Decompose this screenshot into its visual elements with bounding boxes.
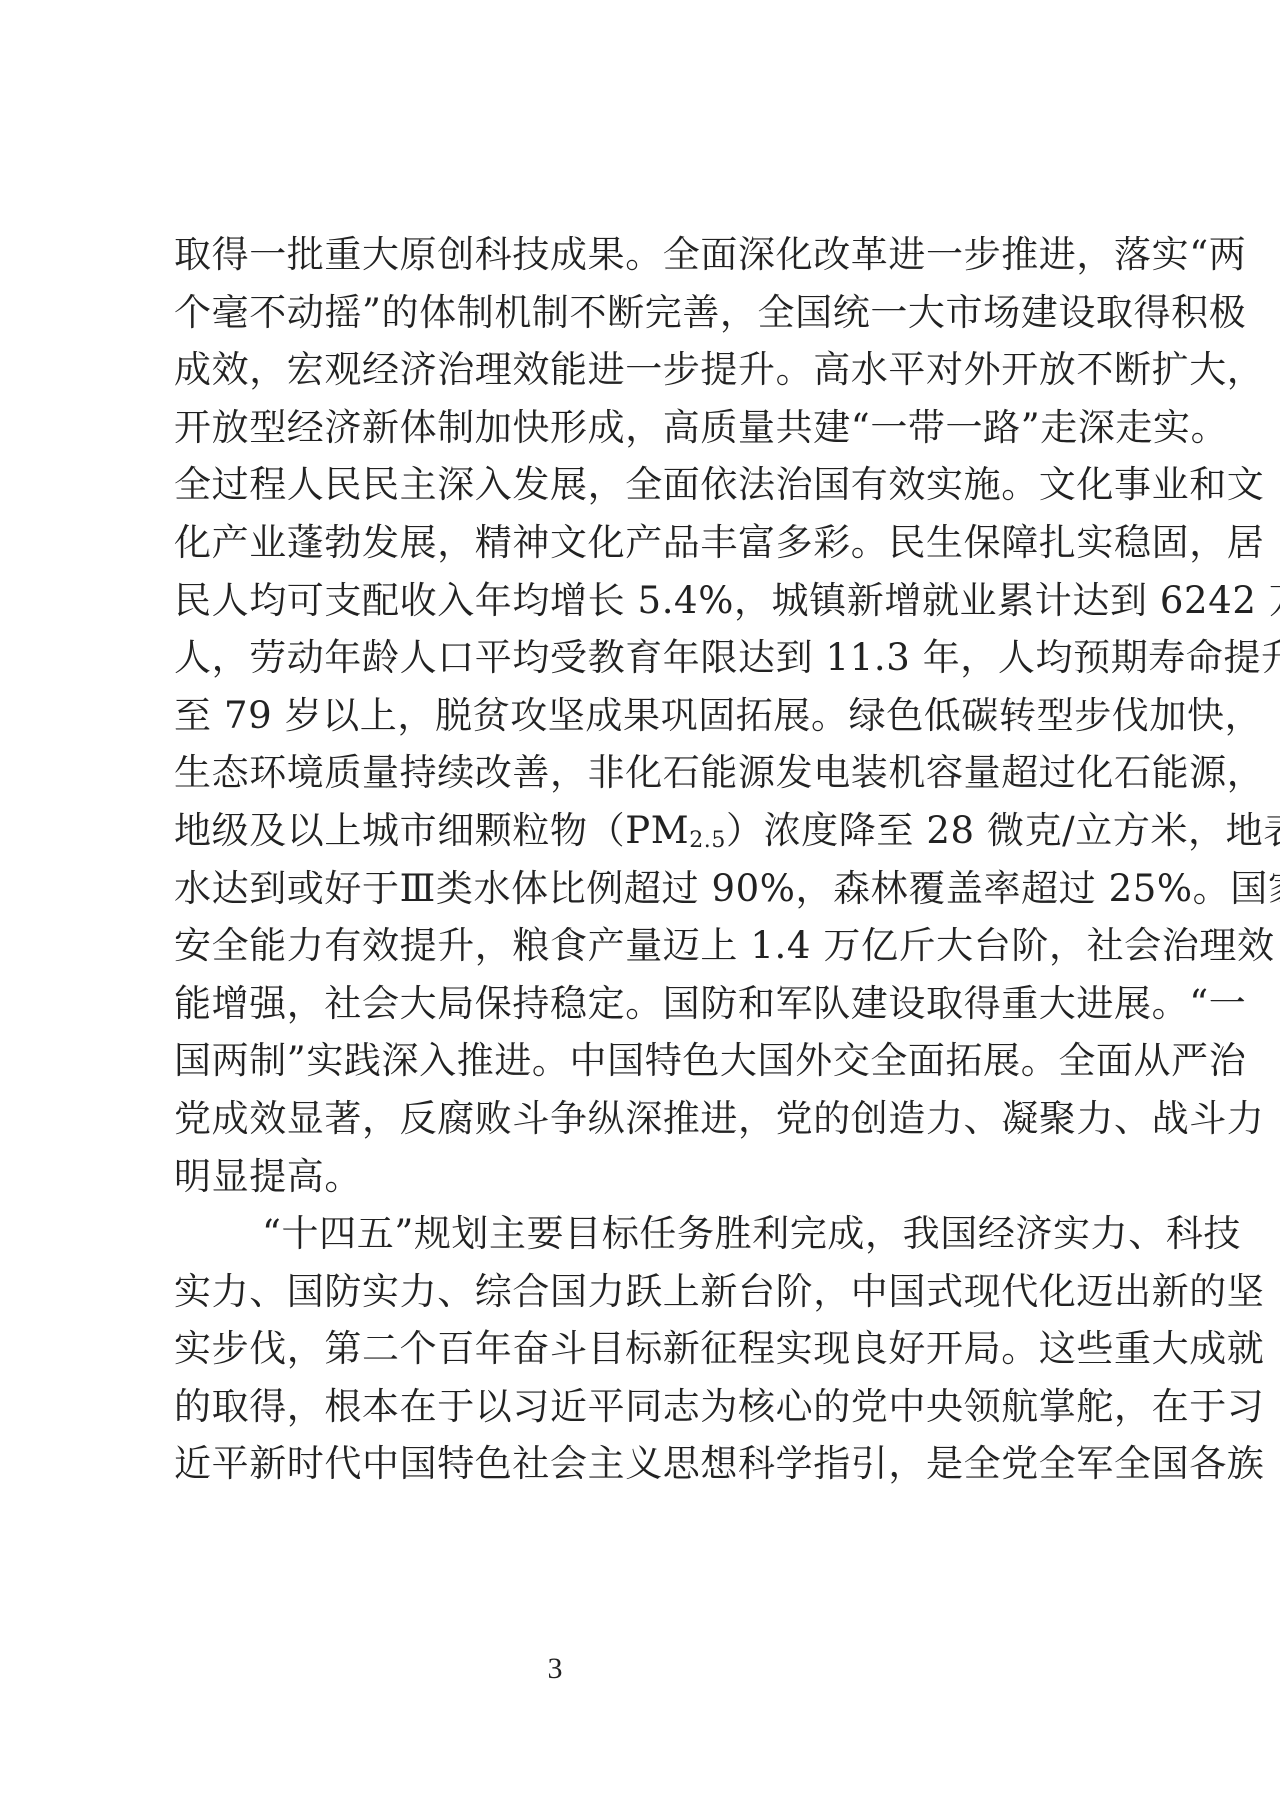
- text-line: 生态环境质量持续改善，非化石能源发电装机容量超过化石能源，: [174, 751, 1114, 809]
- text-line: 人，劳动年龄人口平均受教育年限达到 11.3 年，人均预期寿命提升: [174, 636, 1114, 694]
- text-line: 全过程人民民主深入发展，全面依法治国有效实施。文化事业和文: [174, 463, 1114, 521]
- text-line: 能增强，社会大局保持稳定。国防和军队建设取得重大进展。“一: [174, 982, 1114, 1040]
- text-line: 党成效显著，反腐败斗争纵深推进，党的创造力、凝聚力、战斗力: [174, 1097, 1114, 1155]
- text-line: 实步伐，第二个百年奋斗目标新征程实现良好开局。这些重大成就: [174, 1327, 1114, 1385]
- subscript: 2.5: [689, 828, 726, 853]
- text-line-indented: “十四五”规划主要目标任务胜利完成，我国经济实力、科技: [174, 1212, 1114, 1270]
- text-line: 近平新时代中国特色社会主义思想科学指引，是全党全军全国各族: [174, 1442, 1114, 1500]
- text-line-pm25: 地级及以上城市细颗粒物（PM2.5）浓度降至 28 微克/立方米，地表: [174, 809, 1114, 867]
- text-line: 安全能力有效提升，粮食产量迈上 1.4 万亿斤大台阶，社会治理效: [174, 924, 1114, 982]
- text-segment: 地级及以上城市细颗粒物（PM: [174, 809, 689, 852]
- paragraph-2: “十四五”规划主要目标任务胜利完成，我国经济实力、科技 实力、国防实力、综合国力…: [174, 1212, 1114, 1500]
- text-line: 个毫不动摇”的体制机制不断完善，全国统一大市场建设取得积极: [174, 291, 1114, 349]
- text-line: 的取得，根本在于以习近平同志为核心的党中央领航掌舵，在于习: [174, 1385, 1114, 1443]
- text-segment: ）浓度降至 28 微克/立方米，地表: [726, 809, 1280, 852]
- text-line: 化产业蓬勃发展，精神文化产品丰富多彩。民生保障扎实稳固，居: [174, 521, 1114, 579]
- paragraph-1: 取得一批重大原创科技成果。全面深化改革进一步推进，落实“两 个毫不动摇”的体制机…: [174, 233, 1114, 1212]
- text-line: 明显提高。: [174, 1155, 1114, 1213]
- page-number: 3: [0, 1652, 1110, 1686]
- text-line: 成效，宏观经济治理效能进一步提升。高水平对外开放不断扩大，: [174, 348, 1114, 406]
- document-page: 取得一批重大原创科技成果。全面深化改革进一步推进，落实“两 个毫不动摇”的体制机…: [0, 0, 1280, 1810]
- text-line: 开放型经济新体制加快形成，高质量共建“一带一路”走深走实。: [174, 406, 1114, 464]
- text-line: 水达到或好于Ⅲ类水体比例超过 90%，森林覆盖率超过 25%。国家: [174, 867, 1114, 925]
- text-line: 民人均可支配收入年均增长 5.4%，城镇新增就业累计达到 6242 万: [174, 579, 1114, 637]
- body-text: 取得一批重大原创科技成果。全面深化改革进一步推进，落实“两 个毫不动摇”的体制机…: [174, 233, 1114, 1500]
- text-line: 取得一批重大原创科技成果。全面深化改革进一步推进，落实“两: [174, 233, 1114, 291]
- text-line: 国两制”实践深入推进。中国特色大国外交全面拓展。全面从严治: [174, 1039, 1114, 1097]
- text-line: 实力、国防实力、综合国力跃上新台阶，中国式现代化迈出新的坚: [174, 1270, 1114, 1328]
- text-line: 至 79 岁以上，脱贫攻坚成果巩固拓展。绿色低碳转型步伐加快，: [174, 694, 1114, 752]
